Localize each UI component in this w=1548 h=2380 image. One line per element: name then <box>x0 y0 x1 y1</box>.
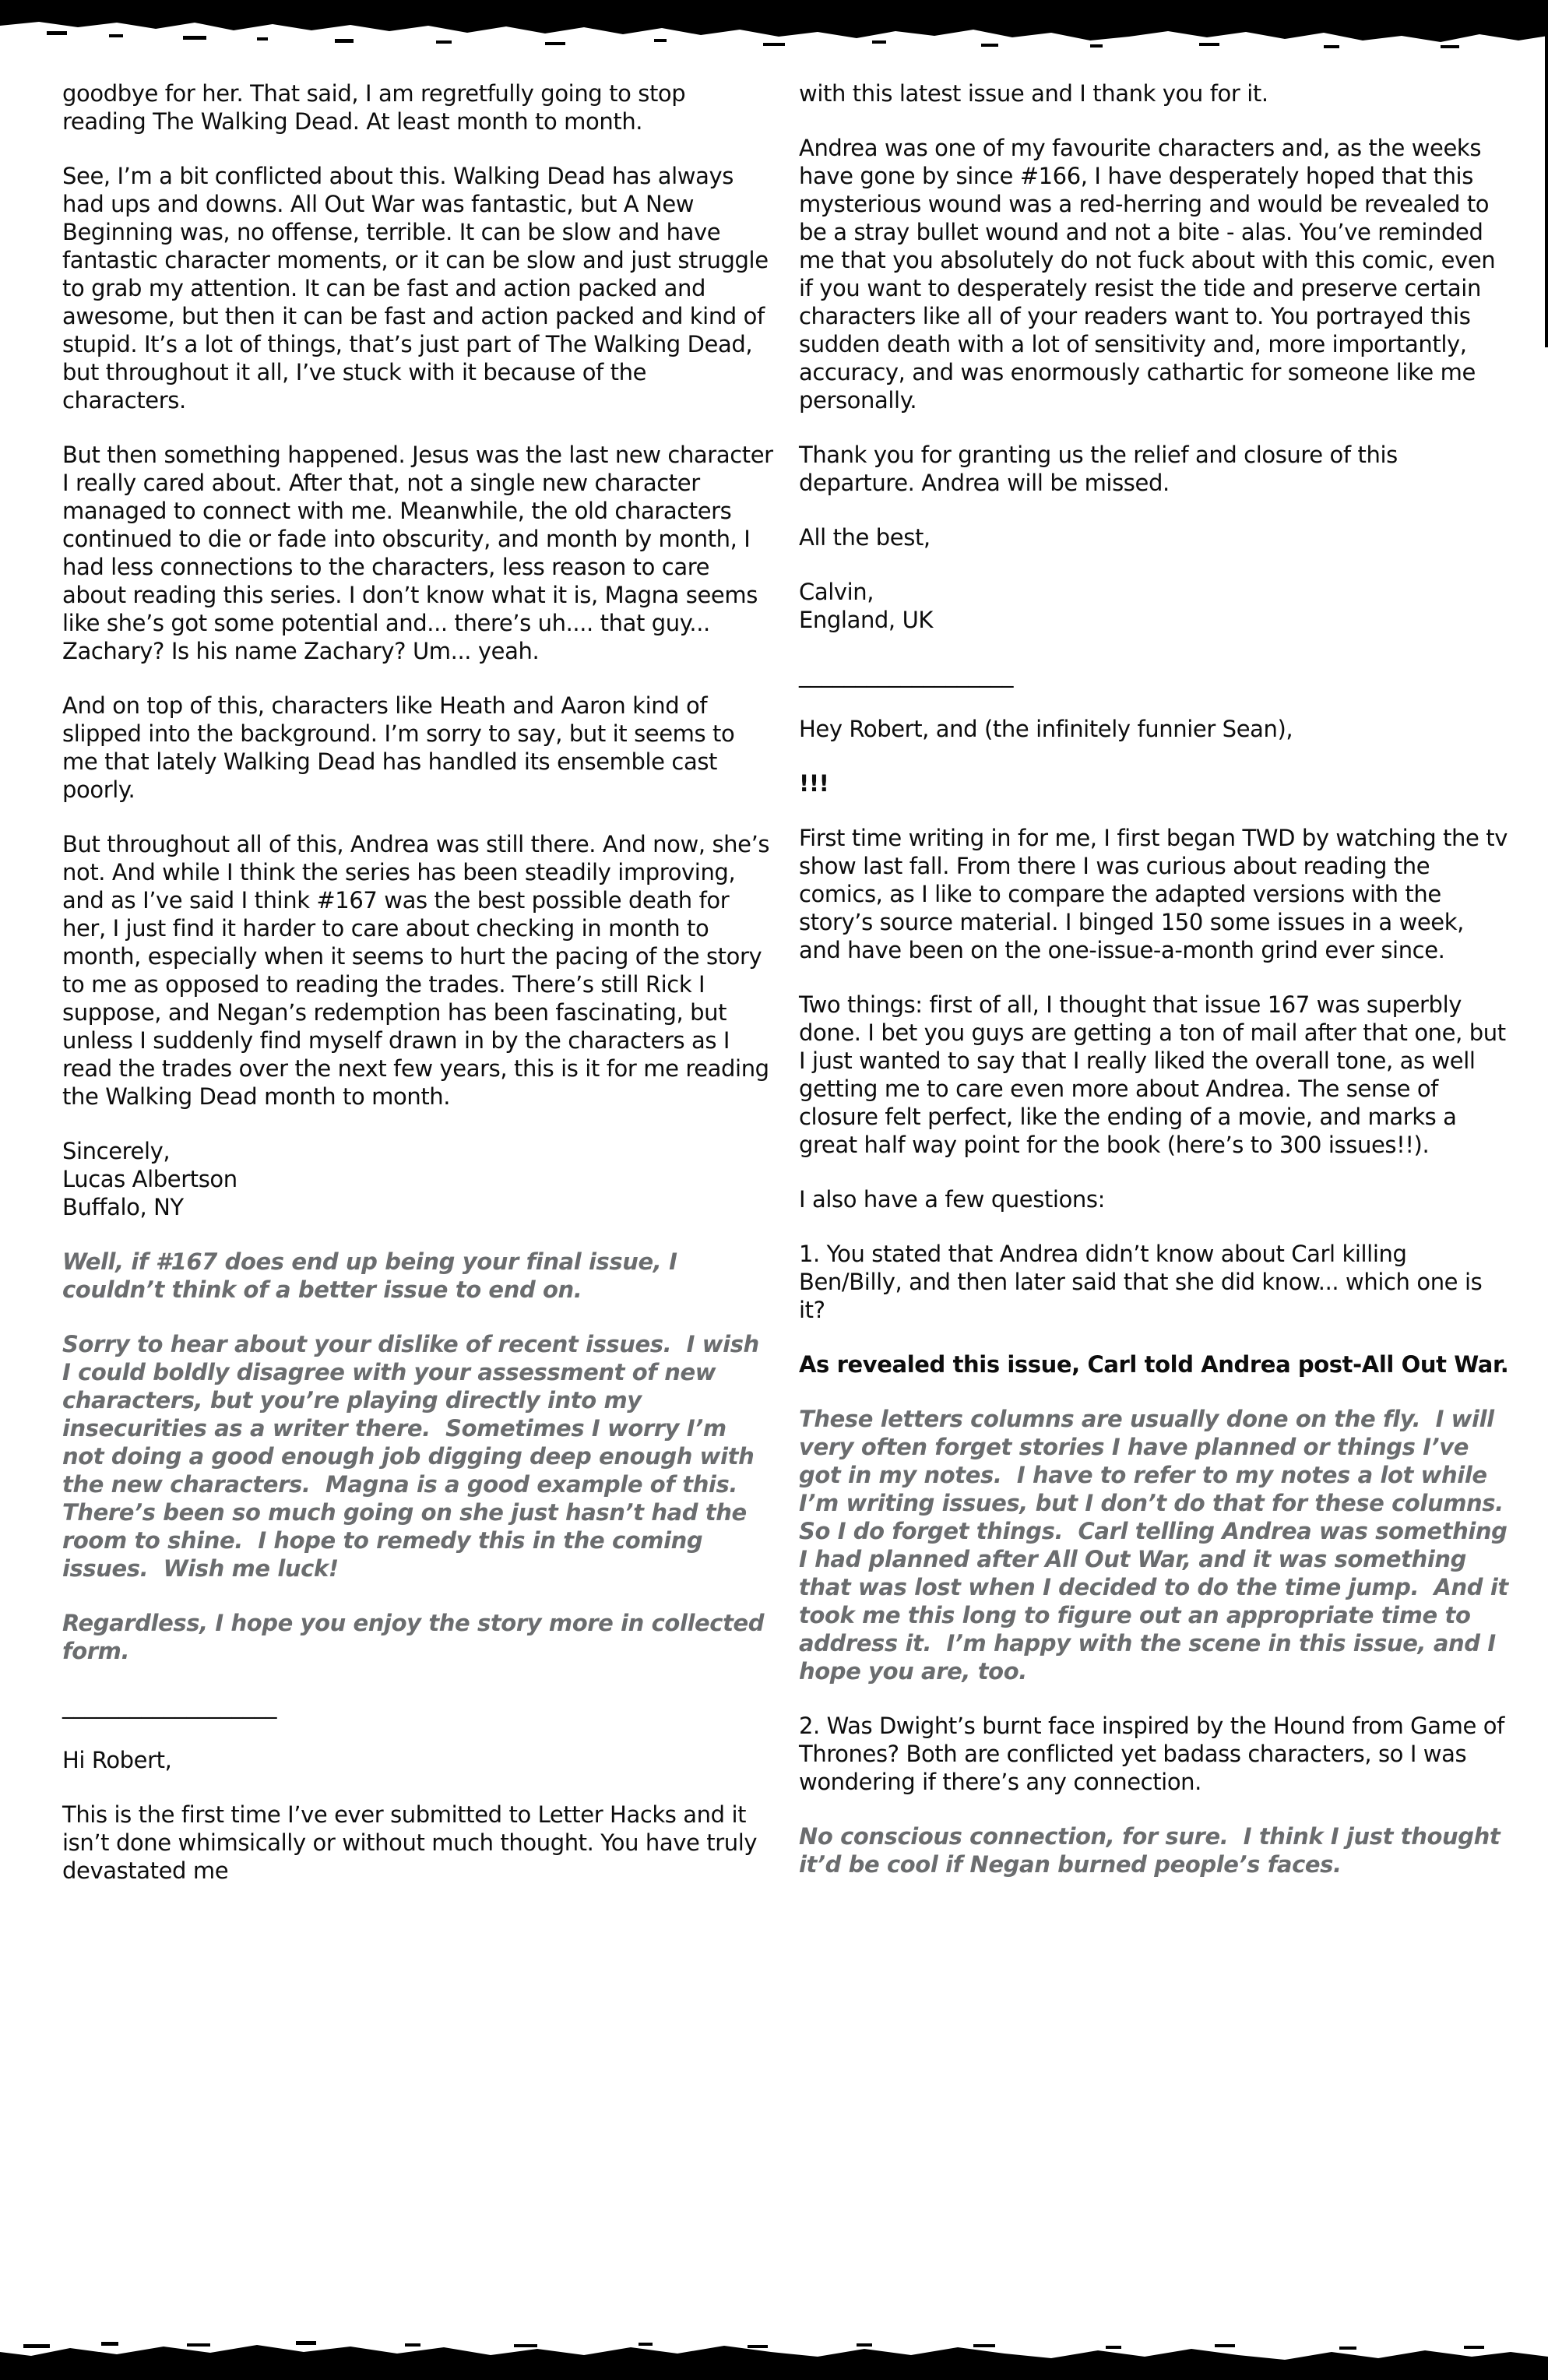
letter-paragraph: Hey Robert, and (the infinitely funnier … <box>799 715 1511 743</box>
letter-paragraph: with this latest issue and I thank you f… <box>799 79 1511 107</box>
left-column: goodbye for her. That said, I am regretf… <box>62 79 774 1911</box>
letter-paragraph: I also have a few questions: <box>799 1185 1511 1213</box>
editor-answer-paragraph: As revealed this issue, Carl told Andrea… <box>799 1350 1511 1378</box>
torn-edge-top <box>0 0 1548 51</box>
section-divider: ___________________ <box>62 1692 774 1720</box>
letter-paragraph: First time writing in for me, I first be… <box>799 824 1511 964</box>
signature-block: Sincerely, Lucas Albertson Buffalo, NY <box>62 1137 774 1221</box>
letter-paragraph: Andrea was one of my favourite character… <box>799 134 1511 414</box>
signature-block: Calvin, England, UK <box>799 578 1511 634</box>
letter-paragraph: But then something happened. Jesus was t… <box>62 441 774 665</box>
letter-paragraph: All the best, <box>799 523 1511 551</box>
letter-paragraph: But throughout all of this, Andrea was s… <box>62 830 774 1111</box>
letter-paragraph: goodbye for her. That said, I am regretf… <box>62 79 774 136</box>
editor-response-paragraph: No conscious connection, for sure. I thi… <box>799 1822 1511 1878</box>
letter-paragraph: And on top of this, characters like Heat… <box>62 692 774 804</box>
page-edge-mark <box>1545 33 1548 347</box>
exclamation-line: !!! <box>799 769 1511 797</box>
letter-paragraph: Hi Robert, <box>62 1746 774 1774</box>
letter-paragraph: Two things: first of all, I thought that… <box>799 991 1511 1159</box>
letter-paragraph: This is the first time I’ve ever submitt… <box>62 1801 774 1885</box>
editor-response-paragraph: Regardless, I hope you enjoy the story m… <box>62 1609 774 1665</box>
letter-paragraph: See, I’m a bit conflicted about this. Wa… <box>62 162 774 414</box>
question-paragraph: 1. You stated that Andrea didn’t know ab… <box>799 1240 1511 1324</box>
right-column: with this latest issue and I thank you f… <box>799 79 1511 1911</box>
section-divider: ___________________ <box>799 660 1511 688</box>
editor-response-paragraph: Well, if #167 does end up being your fin… <box>62 1248 774 1304</box>
letters-page: { "page": { "background_color": "#ffffff… <box>0 0 1548 2380</box>
page-content: goodbye for her. That said, I am regretf… <box>62 79 1511 1911</box>
question-paragraph: 2. Was Dwight’s burnt face inspired by t… <box>799 1712 1511 1796</box>
torn-edge-bottom <box>0 2335 1548 2380</box>
editor-response-paragraph: Sorry to hear about your dislike of rece… <box>62 1330 774 1583</box>
editor-response-paragraph: These letters columns are usually done o… <box>799 1405 1511 1685</box>
letter-paragraph: Thank you for granting us the relief and… <box>799 441 1511 497</box>
